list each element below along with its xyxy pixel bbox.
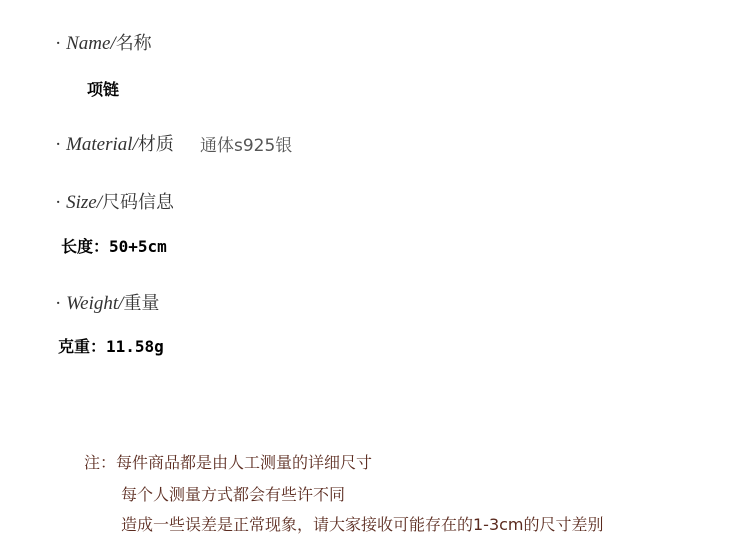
weight-label-en: Weight <box>66 293 118 314</box>
note-prefix: 注： <box>84 453 116 472</box>
bullet: · <box>55 293 61 314</box>
note-line-1: 注：每件商品都是由人工测量的详细尺寸 <box>84 450 372 473</box>
size-label-en: Size <box>66 192 97 213</box>
bullet: · <box>55 192 61 213</box>
name-value: 项链 <box>87 77 119 100</box>
name-label-zh: 名称 <box>116 33 152 54</box>
material-label-zh: 材质 <box>138 134 174 155</box>
material-label-en: Material <box>66 134 133 155</box>
weight-value: 克重：11.58g <box>58 334 164 357</box>
size-value-label: 长度： <box>61 237 109 256</box>
bullet: · <box>55 33 61 54</box>
weight-value-label: 克重： <box>58 337 106 356</box>
note-text: 每件商品都是由人工测量的详细尺寸 <box>116 453 372 472</box>
note-line-3: 造成一些误差是正常现象，请大家接收可能存在的1-3cm的尺寸差别 <box>121 512 604 535</box>
size-label-zh: 尺码信息 <box>102 192 174 213</box>
material-label: · Material/材质 <box>55 130 174 156</box>
weight-label: · Weight/重量 <box>55 289 159 315</box>
bullet: · <box>55 134 61 155</box>
size-label: · Size/尺码信息 <box>55 188 174 214</box>
name-label: · Name/名称 <box>55 29 152 55</box>
size-value-text: 50+5cm <box>109 237 167 256</box>
note-line-2: 每个人测量方式都会有些许不同 <box>121 482 345 505</box>
material-value: 通体s925银 <box>200 131 292 156</box>
weight-value-text: 11.58g <box>106 337 164 356</box>
size-value: 长度：50+5cm <box>61 234 167 257</box>
weight-label-zh: 重量 <box>123 293 159 314</box>
name-label-en: Name <box>66 33 110 54</box>
